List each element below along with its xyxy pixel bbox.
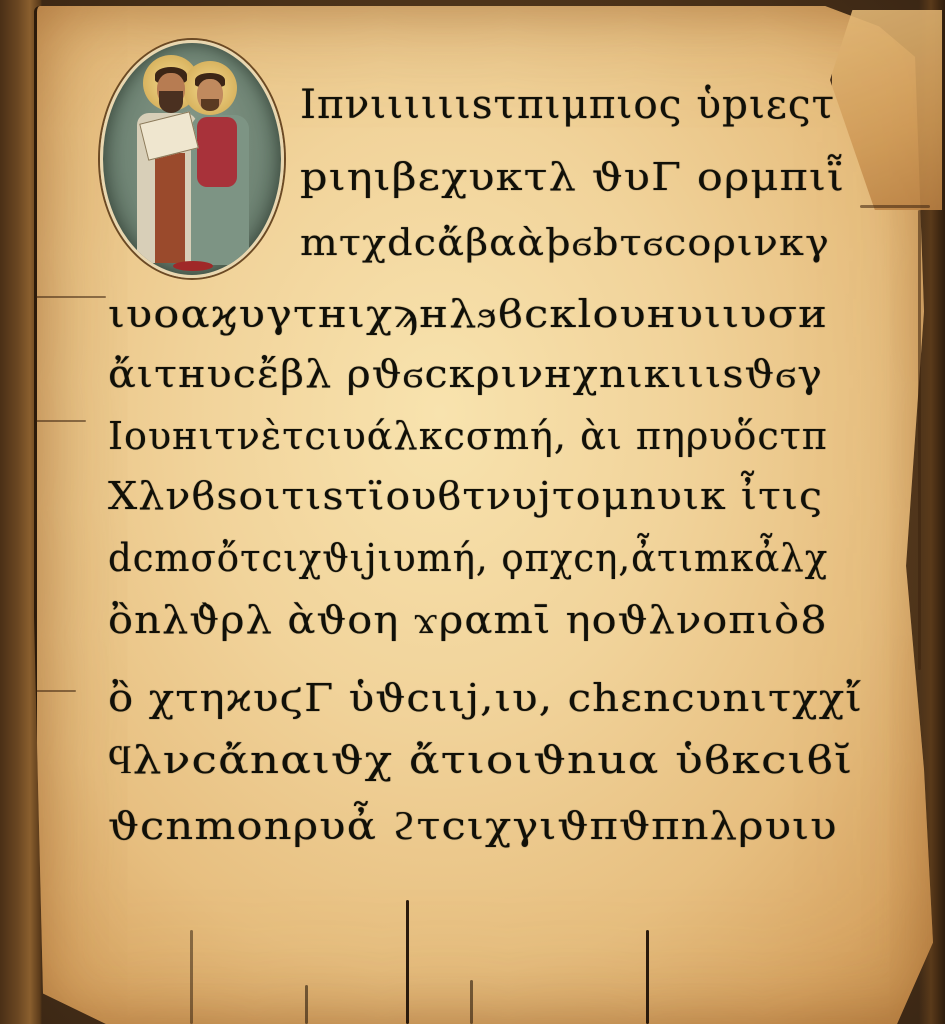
text-line-10: ὂ χτηϰυϛΓ ὑϑcιιϳ,ιυ, chεncυnιτχχἴ — [108, 676, 863, 720]
text-line-1: Iπνιιιιιιsτπιμπιος ὑpιεςτ — [300, 82, 835, 128]
text-line-6: Ιουнιτνὲτcιυάλκcσmή, ὰι πηρυὅcτπ — [108, 414, 828, 458]
text-line-11: ϥλνcἄnαιϑχ ἄτιοιϑnuα ὑϐκcιϐῐ — [108, 738, 853, 783]
text-line-12: ϑcnmonρυἆ ϩτcιχγιϑπϑπnλρυιυ — [108, 804, 838, 849]
text-line-2: pιηιβεχυκτλ ϑυΓ ορμπιῗ — [300, 155, 845, 199]
text-line-7: Χλνϐsοιτιsτϊουϐτνυϳτομnυικ ἶτις — [108, 474, 823, 518]
text-line-9: ὂnλϑ̀ρλ ὰϑοη ϫραmῑ ηοϑλνοπιὸ8 — [108, 598, 828, 643]
text-line-5: ἄιτнυcἔβλ ρϑϭcκρινнχnικιιιsϑϭγ — [108, 352, 823, 397]
manuscript-text-block: Iπνιιιιιιsτπιμπιος ὑpιεςτ pιηιβεχυκτλ ϑυ… — [0, 0, 945, 1024]
text-line-4: ιυοαϗυγτнιχϡнλϧϐcκlουнυιιυσи — [108, 292, 828, 337]
text-line-8: dcmσὄτcιχϑιϳιυmή, ϙπχcη,ἆτιmκἆλχ — [108, 536, 828, 580]
text-line-3: mτχdcἄβαὰϸϭbτϭcορινкγ — [300, 222, 830, 264]
